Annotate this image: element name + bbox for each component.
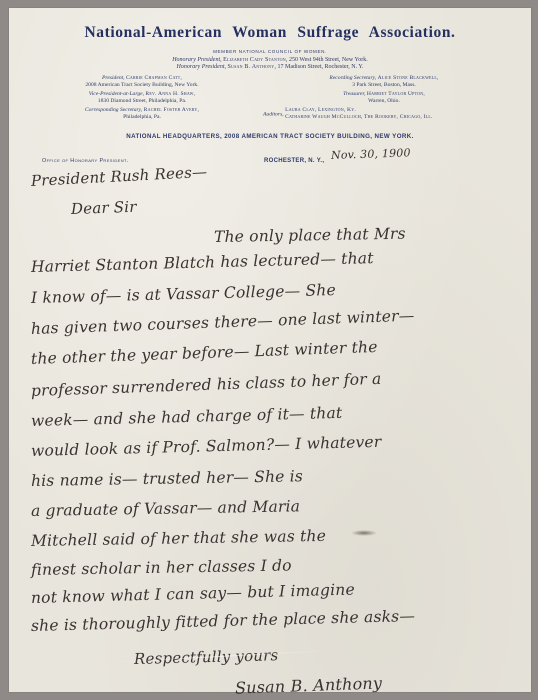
officers-left-column: President, Carrie Chapman Catt, 2008 Ame…: [17, 75, 267, 121]
role-label: Recording Secretary,: [329, 75, 376, 81]
officer-address: 17 Madison Street, Rochester, N. Y.: [278, 64, 364, 70]
role-label: Corresponding Secretary,: [85, 107, 142, 113]
officer-president: President, Carrie Chapman Catt,: [17, 75, 267, 82]
letter-line: his name is— trusted her— She is: [31, 467, 303, 490]
office-line: Office of Honorary President.: [42, 158, 129, 164]
officer-corresponding-secretary: Corresponding Secretary, Rachel Foster A…: [17, 107, 267, 114]
officer-treasurer: Treasurer, Harriet Taylor Upton,: [249, 91, 519, 98]
officer-address: 250 West 94th Street, New York.: [289, 57, 368, 63]
letter-line: finest scholar in her classes I do: [31, 556, 292, 579]
role-label: Honorary President,: [177, 64, 226, 70]
letter-page: National-American Woman Suffrage Associa…: [9, 8, 531, 692]
officer-name: Alice Stone Blackwell,: [378, 75, 439, 81]
officer-name: Susan B. Anthony,: [228, 64, 277, 70]
role-label: President,: [102, 75, 125, 81]
letter-line: not know what I can say— but I imagine: [31, 581, 355, 607]
officer-name: Carrie Chapman Catt,: [126, 75, 182, 81]
city-line: ROCHESTER, N. Y.,: [264, 158, 324, 164]
letter-line: has given two courses there— one last wi…: [31, 307, 415, 338]
officer-recording-secretary: Recording Secretary, Alice Stone Blackwe…: [249, 75, 519, 82]
officer-address: Philadelphia, Pa.: [17, 114, 267, 121]
letter-line: Mitchell said of her that she was the: [31, 527, 326, 550]
officer-name: Harriet Taylor Upton,: [367, 91, 425, 97]
letter-line: Harriet Stanton Blatch has lectured— tha…: [31, 249, 374, 276]
officer-address: 1830 Diamond Street, Philadelphia, Pa.: [17, 98, 267, 105]
salutation: President Rush Rees—: [31, 163, 208, 190]
letter-line: she is thoroughly fitted for the place s…: [31, 607, 416, 635]
officer-name: Elizabeth Cady Stanton,: [223, 57, 287, 63]
letter-line: week— and she had charge of it— that: [31, 404, 343, 430]
officer-name: Rachel Foster Avery,: [144, 107, 199, 113]
letter-line: a graduate of Vassar— and Maria: [31, 497, 300, 520]
role-label: Honorary President,: [172, 57, 221, 63]
signature: Susan B. Anthony: [235, 673, 383, 697]
auditors-block: Auditors, Laura Clay, Lexington, Ky. Cat…: [249, 107, 519, 121]
officers-right-column: Recording Secretary, Alice Stone Blackwe…: [249, 75, 519, 121]
officer-address: Warren, Ohio.: [249, 98, 519, 105]
officer-address: 2008 American Tract Society Building, Ne…: [17, 82, 267, 89]
ink-smudge: [351, 530, 377, 536]
greeting: Dear Sir: [71, 198, 137, 218]
officer-name: Rev. Anna H. Shaw,: [145, 91, 195, 97]
letter-line: would look as if Prof. Salmon?— I whatev…: [31, 433, 382, 460]
role-label: Treasurer,: [343, 91, 365, 97]
auditor-entry: Laura Clay, Lexington, Ky.: [285, 107, 433, 114]
letter-date: Nov. 30, 1900: [331, 146, 411, 162]
officer-vice-president: Vice-President-at-Large, Rev. Anna H. Sh…: [17, 91, 267, 98]
role-label: Vice-President-at-Large,: [89, 91, 144, 97]
letter-line: The only place that Mrs: [214, 225, 406, 246]
honorary-president-2: Honorary President, Susan B. Anthony, 17…: [9, 64, 531, 70]
headquarters-line: NATIONAL HEADQUARTERS, 2008 AMERICAN TRA…: [9, 133, 531, 140]
auditor-entry: Catharine Waugh McCulloch, The Rookery, …: [285, 114, 433, 121]
letter-line: the other the year before— Last winter t…: [31, 338, 378, 368]
organization-title: National-American Woman Suffrage Associa…: [9, 24, 531, 42]
member-line: MEMBER NATIONAL COUNCIL OF WOMEN.: [9, 49, 531, 54]
letter-line: I know of— is at Vassar College— She: [31, 281, 336, 307]
letter-line: professor surrendered his class to her f…: [31, 370, 382, 400]
officer-address: 3 Park Street, Boston, Mass.: [249, 82, 519, 89]
honorary-president-1: Honorary President, Elizabeth Cady Stant…: [9, 57, 531, 63]
role-label: Auditors,: [263, 111, 284, 117]
